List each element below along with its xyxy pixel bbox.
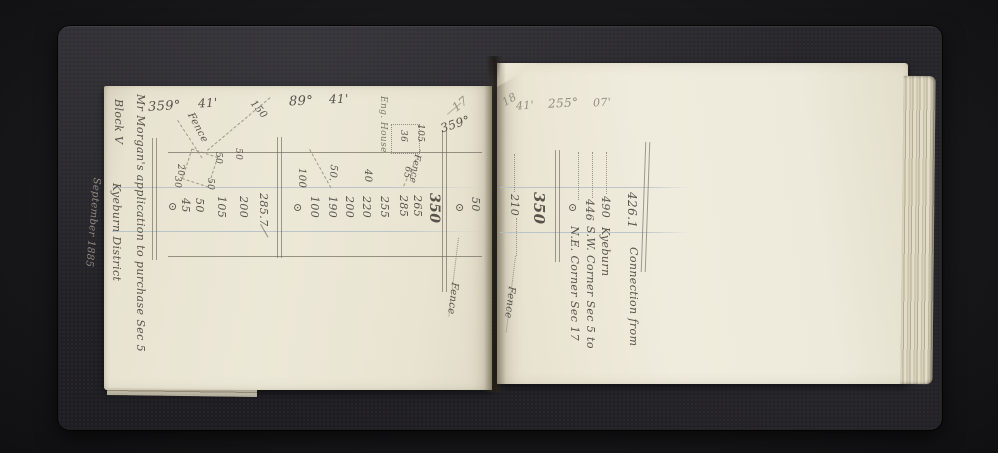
bearing-minutes: 07'	[593, 97, 612, 109]
spine-notch	[486, 56, 502, 86]
offset-value: 100	[296, 168, 306, 188]
chainage: 446	[584, 199, 595, 221]
fence-distance: 65	[401, 165, 412, 179]
station-symbol: ⊙	[168, 201, 178, 212]
chainage: 50	[194, 198, 205, 213]
margin-note-block: Block V	[113, 99, 124, 144]
chainage-major: 350	[531, 192, 546, 225]
chainage: 220	[361, 196, 372, 218]
station-symbol: ⊙	[293, 202, 303, 213]
dimension: 50	[205, 178, 214, 190]
chainage: 210	[509, 194, 520, 216]
bearing-minutes: 41'	[198, 96, 218, 109]
chainage: 490	[600, 196, 611, 218]
note-line: S.W. Corner Sec 5 to	[585, 226, 596, 349]
dotted-leader	[516, 218, 517, 256]
margin-note-line1: Mr Morgan's application to purchase Sec …	[135, 94, 146, 352]
chainage: 100	[309, 196, 320, 218]
station-symbol: ⊙	[568, 202, 578, 213]
station-cross-line	[555, 150, 560, 262]
fore-edge-page-stack	[900, 76, 935, 384]
bearing-minutes: 41'	[329, 93, 349, 106]
chainage: 265	[412, 195, 423, 217]
notebook-photo: 359° 41' 89° 41' 17 359° 150 Fence 50 50…	[0, 0, 998, 453]
bearing-minutes: 41'	[516, 99, 535, 111]
chainage-major: 350	[427, 193, 441, 223]
dotted-leader	[578, 152, 579, 200]
margin-note-district: Kyeburn District	[111, 183, 122, 281]
dimension: 50	[233, 148, 242, 160]
station-cross-line	[277, 137, 282, 258]
left-page	[104, 86, 492, 390]
bearing-degrees: 255°	[548, 96, 579, 110]
chainage: 45	[180, 198, 191, 213]
survey-line	[168, 256, 482, 257]
chainage: 50	[470, 197, 481, 212]
dimension: 20	[175, 164, 184, 176]
building-dimension: 105	[415, 124, 424, 142]
printed-column-line	[112, 231, 486, 232]
printed-column-line	[500, 187, 690, 188]
station-symbol: ⊙	[455, 202, 465, 213]
dotted-leader	[592, 152, 593, 198]
building-dimension: 36	[398, 130, 407, 142]
station-cross-line	[152, 138, 157, 260]
chainage-total: 285.7	[258, 193, 269, 227]
station-cross-line	[442, 130, 447, 292]
dimension: 30	[172, 176, 181, 188]
chainage: 105	[216, 196, 227, 218]
bearing-degrees: 89°	[289, 95, 314, 109]
chainage: 285	[398, 195, 409, 217]
chainage: 255	[379, 196, 390, 218]
building-label: Eng. House	[378, 96, 387, 153]
offset-value: 50.	[327, 164, 338, 182]
chainage: 200	[344, 196, 355, 218]
dimension: 50	[213, 152, 222, 164]
note-line: Kyeburn	[600, 227, 611, 277]
bearing-degrees: 359°	[148, 99, 182, 114]
chainage: 200	[238, 196, 249, 218]
offset-value: 40	[362, 169, 372, 183]
dotted-leader	[514, 154, 515, 192]
spine-shadow	[484, 58, 506, 392]
chainage: 190	[327, 196, 338, 218]
connection-distance: 426.1	[626, 192, 638, 228]
note-line: N.E. Corner Sec 17	[569, 226, 580, 341]
dotted-leader	[606, 152, 607, 194]
note-line: Connection from	[628, 247, 639, 346]
